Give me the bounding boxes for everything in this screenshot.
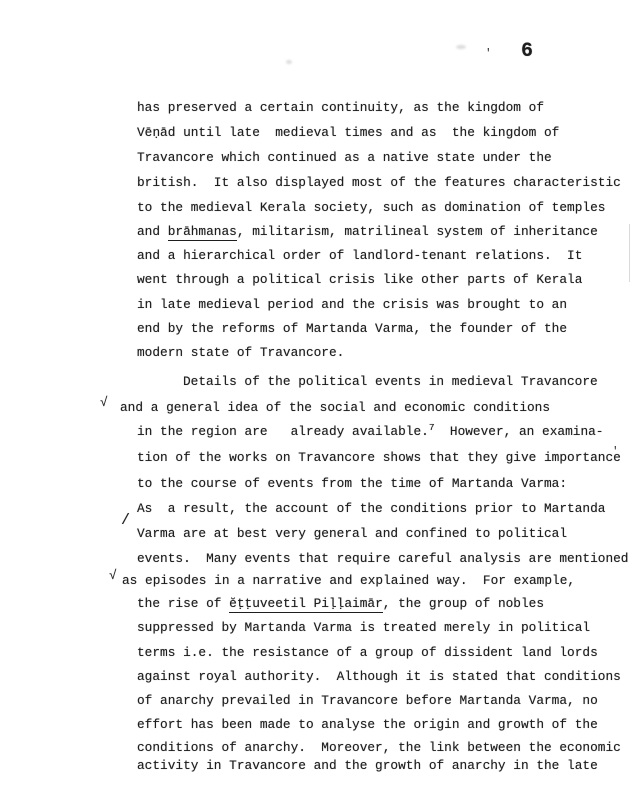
underlined-term: ĕṭṭuveetil Piḷḷaimār: [229, 596, 383, 613]
text-line: Details of the political events in medie…: [183, 374, 598, 389]
text-line: modern state of Travancore.: [137, 345, 344, 360]
text-segment: in the region are already available.: [137, 424, 429, 439]
text-line: went through a political crisis like oth…: [137, 272, 582, 287]
text-line: in the region are already available.7 Ho…: [137, 424, 603, 439]
text-segment: , militarism, matrilineal system of inhe…: [237, 224, 598, 239]
text-line: events. Many events that require careful…: [137, 551, 628, 566]
text-line: the rise of ĕṭṭuveetil Piḷḷaimār, the gr…: [137, 596, 544, 611]
scan-artifact-smudge: [286, 60, 292, 64]
underlined-term: brāhmanas: [168, 224, 237, 241]
text-line: as episodes in a narrative and explained…: [122, 573, 575, 588]
scan-artifact-line: [629, 224, 630, 282]
footnote-reference: 7: [429, 422, 435, 433]
text-line: and brāhmanas, militarism, matrilineal s…: [137, 224, 598, 239]
checkmark-icon: √: [100, 395, 108, 410]
text-segment: , the group of nobles: [383, 596, 544, 611]
right-margin-tick-mark: ': [612, 446, 619, 458]
text-line: to the course of events from the time of…: [137, 476, 567, 491]
slash-mark-icon: /: [121, 512, 130, 529]
text-line: suppressed by Martanda Varma is treated …: [137, 620, 590, 635]
page-number: 6: [521, 40, 533, 63]
text-line: to the medieval Kerala society, such as …: [137, 200, 605, 215]
text-line: As a result, the account of the conditio…: [137, 501, 605, 516]
text-line: british. It also displayed most of the f…: [137, 175, 621, 190]
text-line: has preserved a certain continuity, as t…: [137, 100, 544, 115]
text-line: end by the reforms of Martanda Varma, th…: [137, 321, 567, 336]
text-line: effort has been made to analyse the orig…: [137, 717, 598, 732]
text-line: in late medieval period and the crisis w…: [137, 297, 567, 312]
text-line: terms i.e. the resistance of a group of …: [137, 645, 598, 660]
document-page: ' 6 has preserved a certain continuity, …: [0, 0, 635, 800]
text-segment: and: [137, 224, 168, 239]
text-line: of anarchy prevailed in Travancore befor…: [137, 693, 598, 708]
scan-artifact-smudge: [456, 45, 466, 49]
text-line: Travancore which continued as a native s…: [137, 150, 552, 165]
text-line: Varma are at best very general and confi…: [137, 526, 567, 541]
checkmark-icon: √: [109, 568, 117, 583]
text-line: Vēṇād until late medieval times and as t…: [137, 125, 559, 140]
text-line: against royal authority. Although it is …: [137, 669, 621, 684]
text-line: tion of the works on Travancore shows th…: [137, 450, 621, 465]
text-line: and a hierarchical order of landlord-ten…: [137, 248, 582, 263]
text-segment: the rise of: [137, 596, 229, 611]
corner-tick-mark: ': [485, 48, 492, 60]
text-segment: However, an examina-: [435, 424, 604, 439]
text-line: and a general idea of the social and eco…: [120, 400, 550, 415]
text-line: conditions of anarchy. Moreover, the lin…: [137, 740, 621, 755]
text-line: activity in Travancore and the growth of…: [137, 758, 598, 773]
